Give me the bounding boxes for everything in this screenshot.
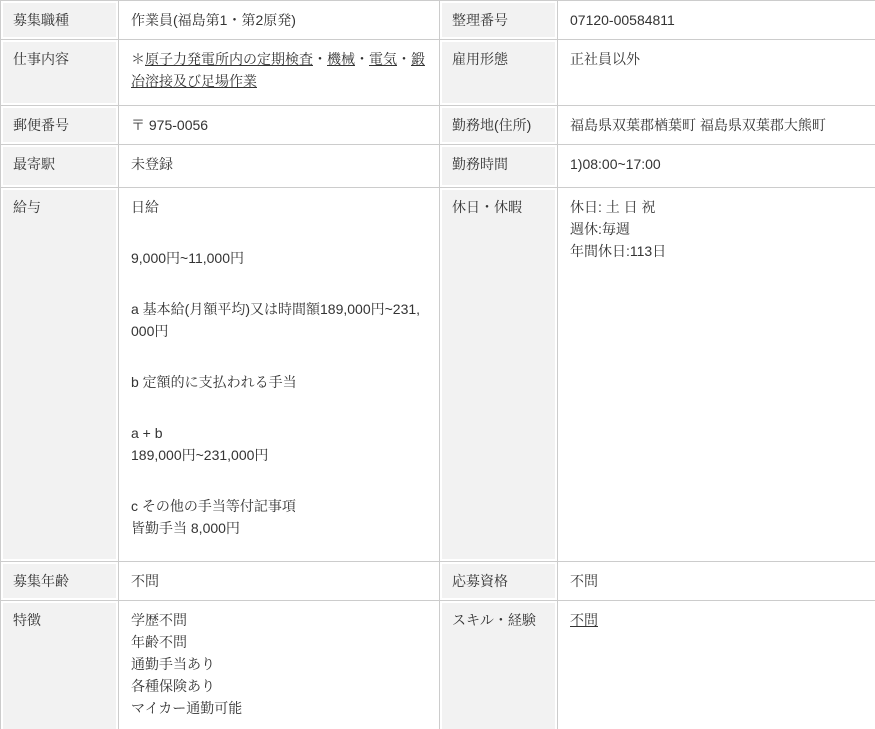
holidays-label: 休日・休暇 — [440, 188, 558, 562]
keyword-link[interactable]: 機械 — [327, 51, 355, 67]
paragraph: a + b189,000円~231,000円 — [131, 422, 427, 466]
paragraph: 〒 975-0056 — [131, 114, 427, 136]
employment-type-label: 雇用形態 — [440, 40, 558, 106]
employment-type-value: 正社員以外 — [558, 40, 875, 106]
postal-code-label: 郵便番号 — [1, 106, 119, 145]
features-value: 学歴不問年齢不問通勤手当あり各種保険ありマイカー通勤可能 — [119, 601, 440, 729]
text-segment: 不問 — [131, 573, 159, 589]
work-location-value: 福島県双葉郡楢葉町 福島県双葉郡大熊町 — [558, 106, 875, 145]
work-hours-label: 勤務時間 — [440, 145, 558, 188]
job-description-value: ＊原子力発電所内の定期検査・機械・電気・鍛冶溶接及び足場作業 — [119, 40, 440, 106]
paragraph: 不問 — [131, 570, 427, 592]
application-qualification-label: 応募資格 — [440, 562, 558, 601]
job-title-value: 作業員(福島第1・第2原発) — [119, 1, 440, 40]
holidays-value: 休日: 土 日 祝週休:毎週年間休日:113日 — [558, 188, 875, 562]
text-segment: ・ — [397, 51, 411, 67]
salary-value: 日給9,000円~11,000円a 基本給(月額平均)又は時間額189,000円… — [119, 188, 440, 562]
application-qualification-value: 不問 — [558, 562, 875, 601]
text-segment: 未登録 — [131, 156, 173, 172]
text-segment: 9,000円~11,000円 — [131, 250, 244, 266]
text-segment: マイカー通勤可能 — [131, 700, 242, 716]
text-segment: a + b — [131, 425, 163, 441]
paragraph: 日給 — [131, 196, 427, 218]
paragraph: 福島県双葉郡楢葉町 福島県双葉郡大熊町 — [570, 114, 863, 136]
salary-label: 給与 — [1, 188, 119, 562]
paragraph: 休日: 土 日 祝週休:毎週年間休日:113日 — [570, 196, 863, 262]
paragraph: 1)08:00~17:00 — [570, 153, 863, 175]
table-row: 特徴学歴不問年齢不問通勤手当あり各種保険ありマイカー通勤可能スキル・経験不問 — [1, 601, 875, 729]
text-segment: 日給 — [131, 199, 159, 215]
work-location-label: 勤務地(住所) — [440, 106, 558, 145]
nearest-station-label: 最寄駅 — [1, 145, 119, 188]
postal-code-value: 〒 975-0056 — [119, 106, 440, 145]
paragraph: 学歴不問年齢不問通勤手当あり各種保険ありマイカー通勤可能 — [131, 609, 427, 719]
text-segment: 学歴不問 — [131, 612, 187, 628]
text-segment: 不問 — [570, 573, 598, 589]
text-segment: ・ — [313, 51, 327, 67]
text-segment: a 基本給(月額平均)又は時間額189,000円~231,000円 — [131, 301, 420, 339]
text-segment: 皆勤手当 8,000円 — [131, 520, 240, 536]
text-segment: ＊ — [131, 51, 145, 67]
paragraph: 未登録 — [131, 153, 427, 175]
paragraph: a 基本給(月額平均)又は時間額189,000円~231,000円 — [131, 298, 427, 342]
text-segment: 各種保険あり — [131, 678, 215, 694]
table-row: 仕事内容＊原子力発電所内の定期検査・機械・電気・鍛冶溶接及び足場作業雇用形態正社… — [1, 40, 875, 106]
job-detail-table: 募集職種作業員(福島第1・第2原発)整理番号07120-00584811仕事内容… — [0, 0, 875, 729]
age-requirement-label: 募集年齢 — [1, 562, 119, 601]
keyword-link[interactable]: 不問 — [570, 612, 598, 628]
text-segment: 年間休日:113日 — [570, 243, 666, 259]
text-segment: 年齢不問 — [131, 634, 187, 650]
text-segment: ・ — [355, 51, 369, 67]
paragraph: 正社員以外 — [570, 48, 863, 70]
text-segment: 福島県双葉郡楢葉町 福島県双葉郡大熊町 — [570, 117, 826, 133]
keyword-link[interactable]: 原子力発電所内の定期検査 — [145, 51, 313, 67]
paragraph: 07120-00584811 — [570, 9, 863, 31]
keyword-link[interactable]: 足場作業 — [201, 73, 257, 89]
skills-experience-value: 不問 — [558, 601, 875, 729]
paragraph: c その他の手当等付記事項皆勤手当 8,000円 — [131, 495, 427, 539]
text-segment: 休日: 土 日 祝 — [570, 199, 656, 215]
paragraph: 作業員(福島第1・第2原発) — [131, 9, 427, 31]
nearest-station-value: 未登録 — [119, 145, 440, 188]
text-segment: 作業員(福島第1・第2原発) — [131, 12, 296, 28]
text-segment: 週休:毎週 — [570, 221, 630, 237]
table-row: 募集職種作業員(福島第1・第2原発)整理番号07120-00584811 — [1, 1, 875, 40]
paragraph: ＊原子力発電所内の定期検査・機械・電気・鍛冶溶接及び足場作業 — [131, 48, 427, 92]
text-segment: b 定額的に支払われる手当 — [131, 374, 297, 390]
table-row: 給与日給9,000円~11,000円a 基本給(月額平均)又は時間額189,00… — [1, 188, 875, 562]
text-segment: 1)08:00~17:00 — [570, 156, 661, 172]
keyword-link[interactable]: 電気 — [369, 51, 397, 67]
text-segment: 通勤手当あり — [131, 656, 215, 672]
job-detail-page: 募集職種作業員(福島第1・第2原発)整理番号07120-00584811仕事内容… — [0, 0, 875, 729]
table-row: 郵便番号〒 975-0056勤務地(住所)福島県双葉郡楢葉町 福島県双葉郡大熊町 — [1, 106, 875, 145]
reference-number-value: 07120-00584811 — [558, 1, 875, 40]
paragraph: b 定額的に支払われる手当 — [131, 371, 427, 393]
text-segment: 189,000円~231,000円 — [131, 447, 268, 463]
paragraph: 9,000円~11,000円 — [131, 247, 427, 269]
job-table-body: 募集職種作業員(福島第1・第2原発)整理番号07120-00584811仕事内容… — [1, 1, 875, 729]
table-row: 募集年齢不問応募資格不問 — [1, 562, 875, 601]
work-hours-value: 1)08:00~17:00 — [558, 145, 875, 188]
text-segment: 07120-00584811 — [570, 12, 675, 28]
text-segment: 正社員以外 — [570, 51, 640, 67]
text-segment: 〒 975-0056 — [131, 117, 208, 133]
features-label: 特徴 — [1, 601, 119, 729]
skills-experience-label: スキル・経験 — [440, 601, 558, 729]
job-title-label: 募集職種 — [1, 1, 119, 40]
text-segment: c その他の手当等付記事項 — [131, 498, 296, 514]
age-requirement-value: 不問 — [119, 562, 440, 601]
paragraph: 不問 — [570, 570, 863, 592]
reference-number-label: 整理番号 — [440, 1, 558, 40]
job-description-label: 仕事内容 — [1, 40, 119, 106]
table-row: 最寄駅未登録勤務時間1)08:00~17:00 — [1, 145, 875, 188]
paragraph: 不問 — [570, 609, 863, 631]
